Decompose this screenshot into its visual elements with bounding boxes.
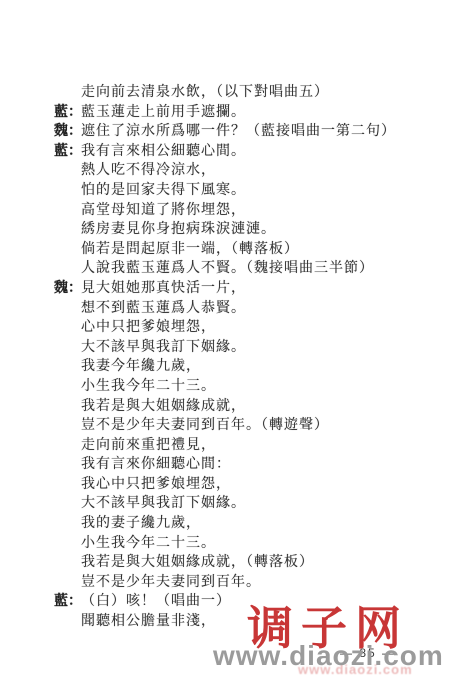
script-line: 魏：遮住了涼水所爲哪一件？（藍接唱曲一第二句）	[54, 121, 434, 141]
script-lines: 走向前去清泉水飲，（以下對唱曲五）藍：藍玉蓮走上前用手遮攔。魏：遮住了涼水所爲哪…	[54, 82, 434, 631]
script-line: 高堂母知道了將你埋怨，	[54, 200, 434, 220]
line-text: 小生我今年二十三。	[81, 377, 216, 393]
script-line: 倘若是問起原非一端，（轉落板）	[54, 239, 434, 259]
line-text: 我妻今年纔九歲，	[81, 357, 201, 373]
speaker-label: 藍：	[54, 102, 81, 122]
script-line: 心中只把爹娘埋怨，	[54, 317, 434, 337]
script-line: 我若是與大姐姻緣成就，	[54, 396, 434, 416]
script-line: 小生我今年二十三。	[54, 533, 434, 553]
line-text: 遮住了涼水所爲哪一件？（藍接唱曲一第二句）	[81, 122, 396, 138]
script-line: 怕的是回家夫得下風寒。	[54, 180, 434, 200]
line-text: 藍玉蓮走上前用手遮攔。	[81, 103, 246, 119]
script-line: 我的妻子纔九歲，	[54, 513, 434, 533]
line-text: 小生我今年二十三。	[81, 534, 216, 550]
script-line: 熱人吃不得冷涼水，	[54, 160, 434, 180]
script-line: 走向前去清泉水飲，（以下對唱曲五）	[54, 82, 434, 102]
line-text: 我若是與大姐姻緣成就，	[81, 397, 246, 413]
script-line: 藍：我有言來相公細聽心間。	[54, 141, 434, 161]
line-text: 聞聽相公膽量非淺，	[81, 612, 216, 628]
script-line: 我有言來你細聽心間：	[54, 454, 434, 474]
line-text: 大不該早與我訂下姻緣。	[81, 494, 246, 510]
script-line: 綉房妻見你身抱病珠淚漣漣。	[54, 219, 434, 239]
script-line: 走向前來重把禮見，	[54, 435, 434, 455]
script-line: 我若是與大姐姻緣成就，（轉落板）	[54, 552, 434, 572]
line-text: 我有言來相公細聽心間。	[81, 142, 246, 158]
line-text: 我有言來你細聽心間：	[81, 455, 231, 471]
speaker-label: 魏：	[54, 121, 81, 141]
script-line: 豈不是少年夫妻同到百年。	[54, 572, 434, 592]
line-text: 怕的是回家夫得下風寒。	[81, 181, 246, 197]
line-text: 我心中只把爹娘埋怨，	[81, 475, 231, 491]
script-line: 藍：藍玉蓮走上前用手遮攔。	[54, 102, 434, 122]
line-text: （白）咳！（唱曲一）	[81, 592, 231, 608]
line-text: 倘若是問起原非一端，（轉落板）	[81, 240, 299, 256]
speaker-label: 藍：	[54, 141, 81, 161]
line-text: 人說我藍玉蓮爲人不賢。（魏接唱曲三半節）	[81, 259, 374, 275]
script-line: 人說我藍玉蓮爲人不賢。（魏接唱曲三半節）	[54, 258, 434, 278]
line-text: 大不該早與我訂下姻緣。	[81, 338, 246, 354]
speaker-label: 魏：	[54, 278, 81, 298]
line-text: 走向前去清泉水飲，（以下對唱曲五）	[81, 83, 329, 99]
script-line: 大不該早與我訂下姻緣。	[54, 493, 434, 513]
line-text: 高堂母知道了將你埋怨，	[81, 201, 246, 217]
script-line: 想不到藍玉蓮爲人恭賢。	[54, 298, 434, 318]
line-text: 綉房妻見你身抱病珠淚漣漣。	[81, 220, 276, 236]
script-line: 豈不是少年夫妻同到百年。（轉遊聲）	[54, 415, 434, 435]
line-text: 熱人吃不得冷涼水，	[81, 161, 216, 177]
line-text: 見大姐她那真快活一片，	[81, 279, 246, 295]
watermark-site-url: www.diaozi.com	[213, 640, 444, 672]
line-text: 豈不是少年夫妻同到百年。（轉遊聲）	[81, 416, 329, 432]
speaker-label: 藍：	[54, 591, 81, 611]
script-line: 我妻今年纔九歲，	[54, 356, 434, 376]
script-line: 大不該早與我訂下姻緣。	[54, 337, 434, 357]
line-text: 想不到藍玉蓮爲人恭賢。	[81, 299, 246, 315]
line-text: 我的妻子纔九歲，	[81, 514, 201, 530]
script-line: 我心中只把爹娘埋怨，	[54, 474, 434, 494]
line-text: 豈不是少年夫妻同到百年。	[81, 573, 261, 589]
script-line: 魏：見大姐她那真快活一片，	[54, 278, 434, 298]
script-line: 小生我今年二十三。	[54, 376, 434, 396]
line-text: 心中只把爹娘埋怨，	[81, 318, 216, 334]
scanned-script-page: 走向前去清泉水飲，（以下對唱曲五）藍：藍玉蓮走上前用手遮攔。魏：遮住了涼水所爲哪…	[0, 0, 457, 690]
line-text: 走向前來重把禮見，	[81, 436, 216, 452]
line-text: 我若是與大姐姻緣成就，（轉落板）	[81, 553, 314, 569]
